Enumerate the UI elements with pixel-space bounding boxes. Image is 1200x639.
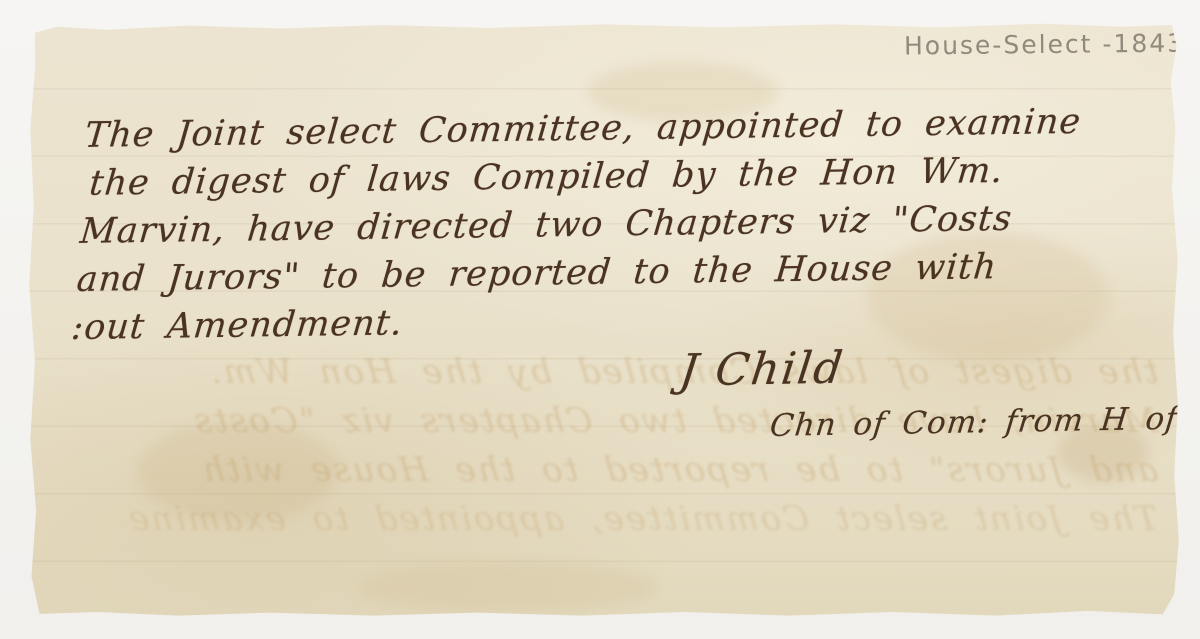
bleed-through-line: and Jurors" to be reported to the House … (63, 446, 1160, 495)
paper-sheet: the digest of laws Compiled by the Hon W… (28, 22, 1180, 618)
signature: J Child (677, 343, 847, 397)
paper-stain (138, 422, 338, 522)
scan-background: the digest of laws Compiled by the Hon W… (0, 0, 1200, 639)
bleed-through-line: The Joint select Committee, appointed to… (33, 495, 1160, 544)
pencil-annotation: House-Select -1843 (904, 29, 1185, 61)
bleed-through-text: the digest of laws Compiled by the Hon W… (48, 348, 1158, 544)
bleed-through-line: the digest of laws Compiled by the Hon W… (45, 348, 1160, 397)
signature-title: Chn of Com: from H of R (768, 400, 1200, 444)
letter-body: The Joint select Committee, appointed to… (72, 98, 1082, 352)
paper-stain (358, 562, 658, 612)
